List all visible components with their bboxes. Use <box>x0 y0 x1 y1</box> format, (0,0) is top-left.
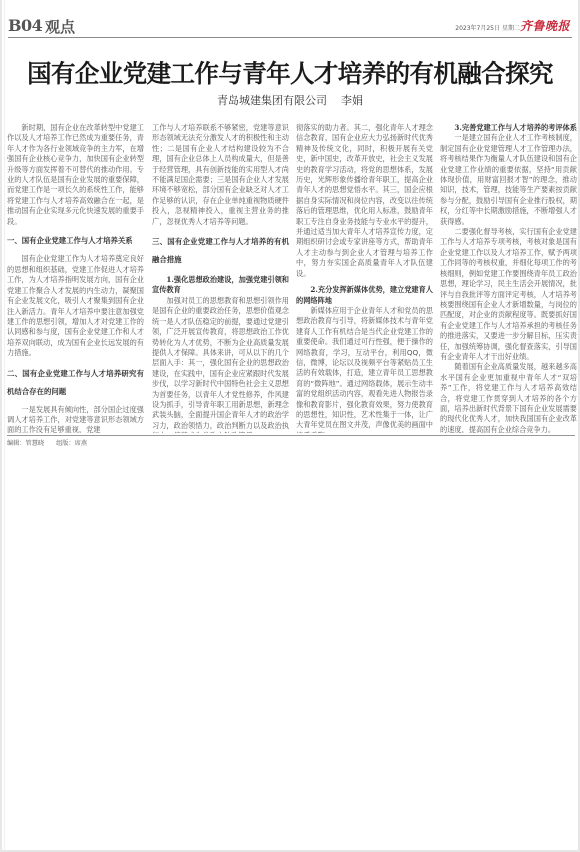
paragraph: 二要强化督导考核，实行国有企业党建工作与人才培养专项考核，考核对象是国有企业党建… <box>440 227 577 362</box>
byline-author: 李娟 <box>341 94 363 107</box>
byline-organization: 青岛城建集团有限公司 <box>217 94 327 107</box>
subsection-heading: 1.强化思想政治建设，加强党建引领和宣传教育 <box>152 275 289 296</box>
divider <box>7 435 575 436</box>
paragraph: 随着国有企业高质量发展，越来越多高水平国有企业更加重视中青年人才“双培养”工作，… <box>440 362 577 433</box>
page-edge <box>4 0 5 852</box>
article-headline: 国有企业党建工作与青年人才培养的有机融合探究 <box>0 55 580 90</box>
paragraph: 一是发展具有倾向性，部分国企过度强调人才培养工作，对党建等意识形态领域方面的工作… <box>7 405 144 433</box>
paragraph: 加强对员工的思想教育和思想引领作用是国有企业的重要政治任务，思想价值观念统一是人… <box>152 296 289 433</box>
page-number: B04 <box>8 16 42 35</box>
section-heading: 三、国有企业党建工作与人才培养的有机融合措施 <box>152 233 289 269</box>
article-body: 新时期，国有企业在改革转型中党建工作以及人才培养工作已然成为重要任务，青年人才作… <box>7 121 575 433</box>
subsection-heading: 2.充分发挥新媒体优势，建立党建育人的网络阵地 <box>296 285 433 306</box>
section-heading: 一、国有企业党建工作与人才培养关系 <box>7 236 144 246</box>
subsection-heading: 3.完善党建工作与人才培养的考评体系 <box>440 123 577 133</box>
text-column-3: 彻落实的助力者。其二，强化青年人才理念信念教育，国有企业应大力弘扬新时代优秀精神… <box>296 121 433 433</box>
masthead: B04 观点 2023年7月25日 星期二 齐鲁晚报 <box>8 14 572 38</box>
layout-credit: 组版：席燕 <box>56 440 87 447</box>
paragraph: 工作与人才培养联系不够紧密，党建等意识形态领域无法充分激发人才的积极性和主动性；… <box>152 123 289 227</box>
paragraph: 彻落实的助力者。其二，强化青年人才理念信念教育，国有企业应大力弘扬新时代优秀精神… <box>296 123 433 279</box>
text-column-4: 3.完善党建工作与人才培养的考评体系 一是建立国有企业人才工作考核制度，制定国有… <box>440 121 577 433</box>
editor-credit: 编辑：管慧晓 <box>7 440 44 447</box>
paragraph: 新媒体应用于企业青年人才和党员的思想政治教育与引导，将新媒体技术与青年党建育人工… <box>296 306 433 433</box>
page-credits: 编辑：管慧晓 组版：席燕 <box>7 438 87 447</box>
text-column-1: 新时期，国有企业在改革转型中党建工作以及人才培养工作已然成为重要任务，青年人才作… <box>7 121 144 433</box>
text-column-2: 工作与人才培养联系不够紧密，党建等意识形态领域无法充分激发人才的积极性和主动性；… <box>152 121 289 433</box>
issue-weekday: 星期二 <box>502 23 520 32</box>
newspaper-logo: 齐鲁晚报 <box>520 17 570 34</box>
byline: 青岛城建集团有限公司李娟 <box>0 92 580 108</box>
paragraph: 新时期，国有企业在改革转型中党建工作以及人才培养工作已然成为重要任务，青年人才作… <box>7 123 144 227</box>
section-heading: 二、国有企业党建工作与人才培养研究有机结合存在的问题 <box>7 365 144 401</box>
paragraph: 国有企业党建工作为人才培养奠定良好的思想和组织基础，党建工作促进人才培养工作，为… <box>7 254 144 358</box>
issue-date: 2023年7月25日 <box>455 23 500 32</box>
section-name: 观点 <box>45 16 75 37</box>
paragraph: 一是建立国有企业人才工作考核制度，制定国有企业党建管理人才工作管理办法，将考核结… <box>440 133 577 227</box>
page-edge <box>0 0 2 852</box>
